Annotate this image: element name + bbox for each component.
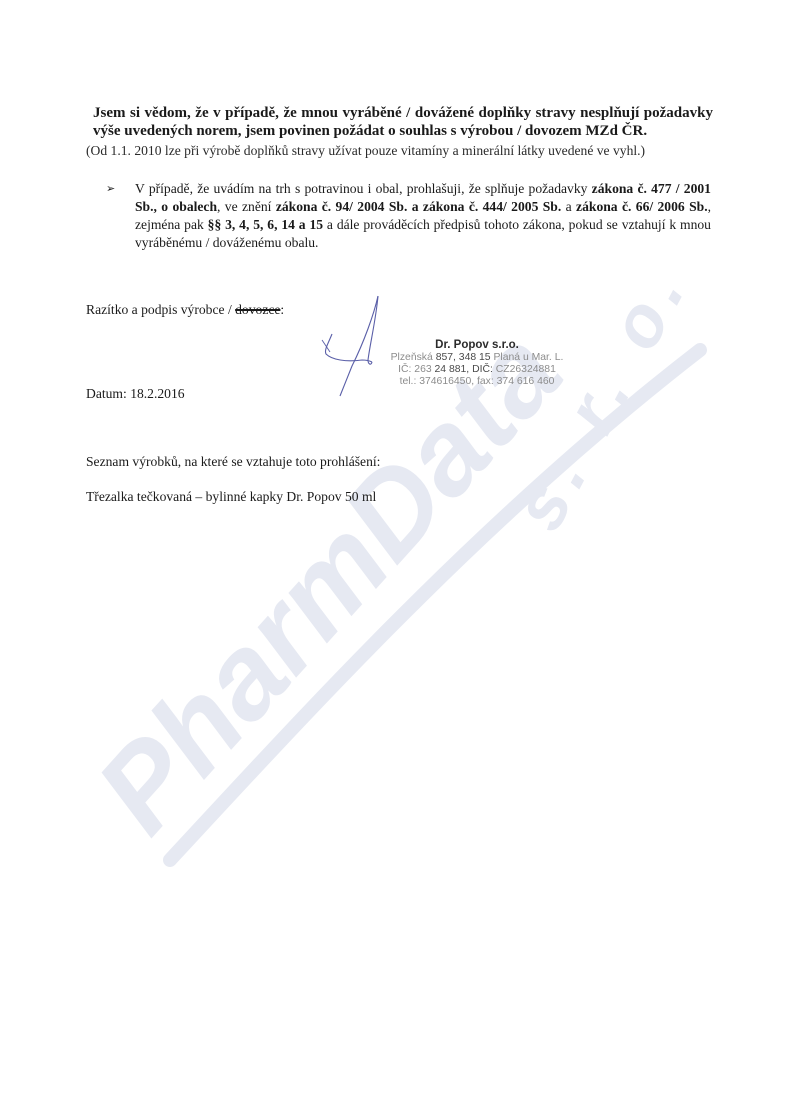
product-item: Třezalka tečkovaná – bylinné kapky Dr. P… [86,488,376,506]
law-reference: zákona č. 94/ 2004 Sb. a zákona č. 444/ … [276,199,561,214]
stamp-contact: tel.: 374616450, fax: 374 616 460 [367,376,587,388]
declaration-bold-paragraph: Jsem si vědom, že v případě, že mnou vyr… [93,104,713,140]
date-line: Datum: 18.2.2016 [86,385,185,403]
declaration-note: (Od 1.1. 2010 lze při výrobě doplňků str… [86,142,726,160]
date-value: 18.2.2016 [130,386,184,401]
arrow-bullet-icon: ➢ [106,180,115,198]
bullet-text-segment: V případě, že uvádím na trh s potravinou… [135,181,592,196]
company-stamp: Dr. Popov s.r.o. Plzeňská 857, 348 15 Pl… [367,338,587,388]
law-reference: §§ 3, 4, 5, 6, 14 a 15 [208,217,323,232]
document-page: Jsem si vědom, že v případě, že mnou vyr… [0,0,800,1100]
packaging-bullet-text: V případě, že uvádím na trh s potravinou… [135,180,711,252]
struck-importer-word: dovozce [235,302,280,317]
stamp-company-name: Dr. Popov s.r.o. [367,338,587,352]
law-reference: zákona č. 66/ 2006 Sb. [576,199,708,214]
stamp-ids: IČ: 263 24 881, DIČ: CZ26324881 [367,364,587,376]
stamp-address: Plzeňská 857, 348 15 Planá u Mar. L. [367,352,587,364]
products-heading: Seznam výrobků, na které se vztahuje tot… [86,453,380,471]
signature-label: Razítko a podpis výrobce / dovozce: [86,301,284,319]
bullet-text-segment: , ve znění [217,199,276,214]
bullet-text-segment: a [561,199,576,214]
